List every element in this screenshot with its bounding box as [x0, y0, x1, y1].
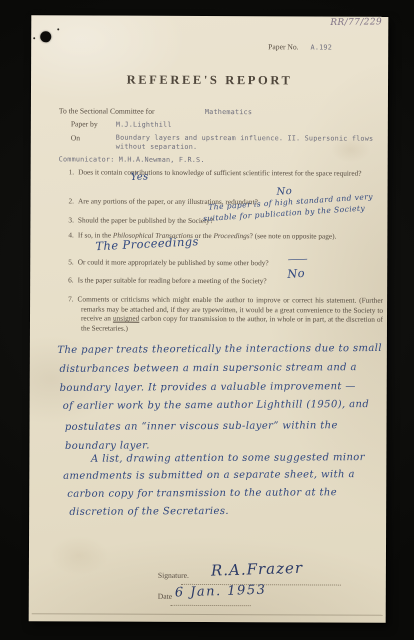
- paper-no-label: Paper No.: [268, 42, 298, 51]
- question-2-number: 2.: [68, 196, 74, 205]
- date-rule: [171, 604, 251, 606]
- question-7-number: 7.: [68, 294, 74, 303]
- question-4-number: 4.: [68, 230, 74, 239]
- paper-no-value: A.192: [311, 43, 333, 51]
- question-3-text: Should the paper be published by the Soc…: [78, 215, 213, 225]
- question-6-text: Is the paper suitable for reading before…: [78, 275, 267, 285]
- committee-value: Mathematics: [205, 108, 252, 116]
- comments-line: postulates an “inner viscous sub-layer” …: [65, 420, 338, 433]
- comments-line: disturbances between a main supersonic s…: [59, 362, 356, 375]
- signature-value: R.A.Frazer: [211, 559, 304, 580]
- question-7-underlined-word: unsigned: [113, 314, 139, 323]
- ink-speck: [33, 37, 35, 39]
- question-1-text: Does it contain contributions to knowled…: [78, 167, 361, 177]
- comments-line: of earlier work by the same author Light…: [63, 399, 370, 412]
- comments-line: The paper treats theoretically the inter…: [57, 343, 382, 356]
- comments-line: boundary layer. It provides a valuable i…: [60, 381, 356, 394]
- communicator-line: Communicator: M.H.A.Newman, F.R.S.: [59, 155, 205, 164]
- signature-label: Signature.: [158, 571, 189, 580]
- question-3-number: 3.: [68, 215, 74, 224]
- date-value: 6 Jan. 1953: [175, 583, 267, 601]
- underlying-sheet-edge: [32, 613, 383, 616]
- question-5-number: 5.: [68, 257, 74, 266]
- punch-hole-mark: [40, 31, 51, 42]
- question-5-text: Or could it more appropriately be publis…: [78, 257, 269, 267]
- comments-line: discretion of the Secretaries.: [69, 506, 229, 518]
- date-label: Date: [158, 592, 172, 601]
- question-4-italic-proceedings: Proceedings: [213, 231, 249, 240]
- question-4-text-post: ? (see note on opposite page).: [250, 231, 337, 240]
- question-6: 6.Is the paper suitable for reading befo…: [68, 275, 383, 286]
- answer-5-dash: —: [286, 252, 309, 266]
- on-value: Boundary layers and upstream influence. …: [116, 134, 384, 152]
- on-label: On: [71, 133, 80, 142]
- report-title: REFEREE'S REPORT: [31, 72, 388, 89]
- comments-line: carbon copy for transmission to the auth…: [67, 487, 337, 500]
- paper-by-value: M.J.Lighthill: [116, 121, 172, 129]
- committee-label: To the Sectional Committee for: [59, 106, 155, 115]
- scanned-report-page: RR/77/229 Paper No. A.192 REFEREE'S REPO…: [29, 15, 389, 623]
- question-1-number: 1.: [69, 167, 75, 176]
- question-5: 5.Or could it more appropriately be publ…: [68, 257, 383, 268]
- paper-stain: [49, 535, 109, 575]
- comments-line: boundary layer.: [65, 440, 150, 452]
- referee-comments: The paper treats theoretically the inter…: [31, 15, 388, 17]
- paper-by-label: Paper by: [71, 119, 98, 128]
- question-6-number: 6.: [68, 275, 74, 284]
- ink-speck: [57, 28, 59, 30]
- comments-line: A list, drawing attention to some sugges…: [91, 452, 365, 465]
- comments-line: amendments is submitted on a separate sh…: [63, 469, 355, 482]
- question-7: 7.Comments or criticisms which might ena…: [68, 294, 383, 334]
- question-1: 1.Does it contain contributions to knowl…: [69, 167, 384, 178]
- answer-1-handwritten: Yes: [130, 171, 148, 183]
- archive-reference: RR/77/229: [330, 17, 382, 28]
- answer-6-handwritten: No: [287, 266, 306, 281]
